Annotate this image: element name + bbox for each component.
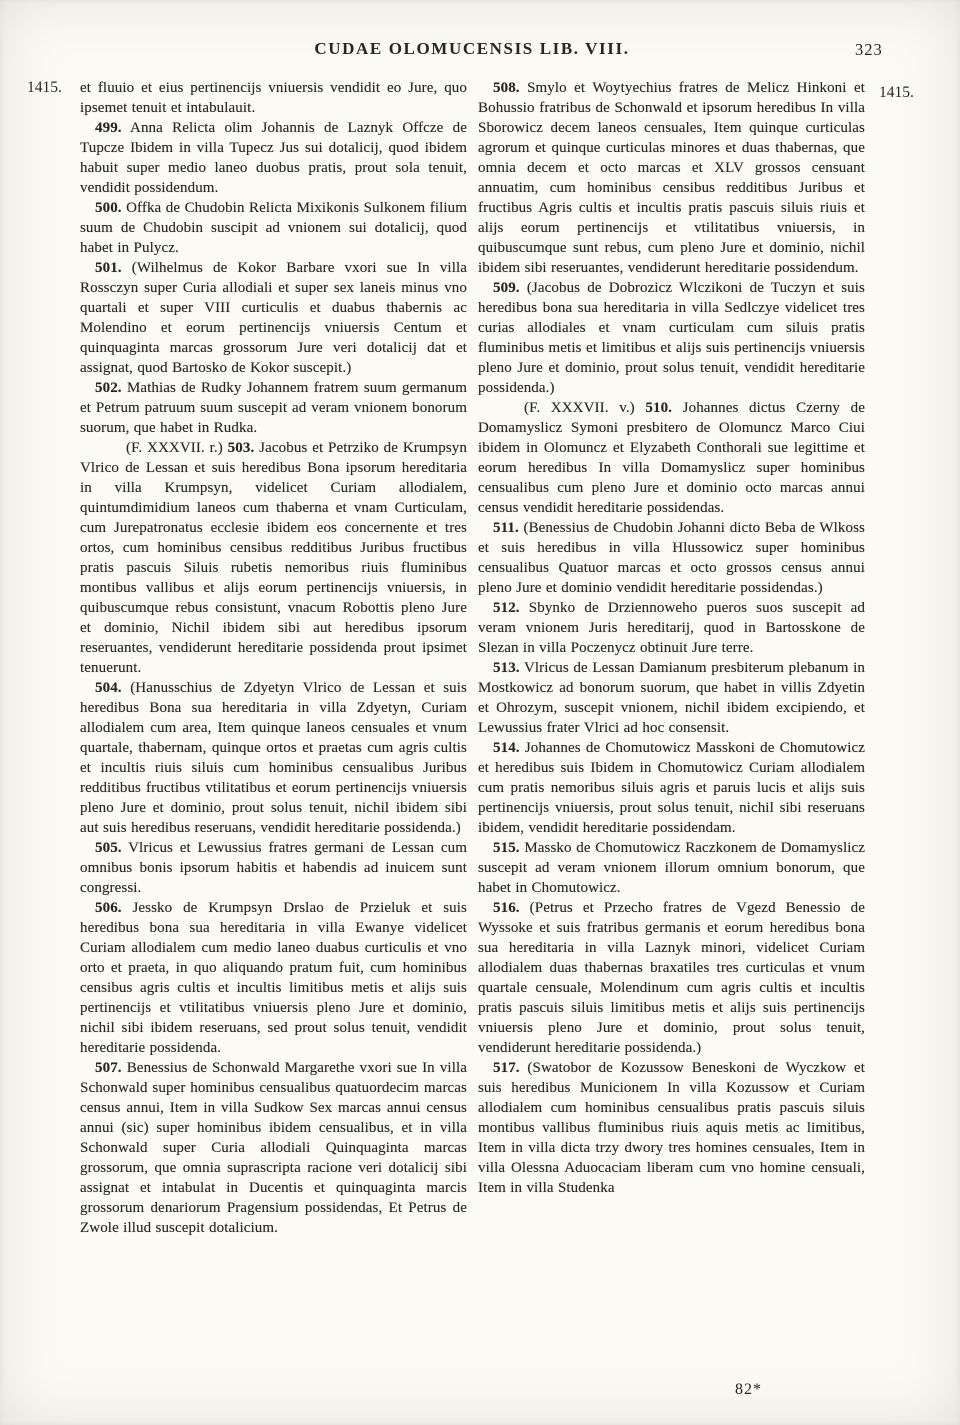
entry-text: (Hanusschius de Zdyetyn Vlrico de Lessan… (80, 680, 467, 836)
entry-text: Benessius de Schonwald Margarethe vxori … (80, 1060, 467, 1236)
entry-number: 499. (95, 120, 122, 136)
running-header-title: CUDAE OLOMUCENSIS LIB. VIII. (80, 39, 864, 59)
entry-text: Jessko de Krumpsyn Drslao de Przieluk et… (80, 900, 467, 1056)
entry-text: Anna Relicta olim Johannis de Laznyk Off… (80, 120, 467, 196)
entry-paragraph: 504. (Hanusschius de Zdyetyn Vlrico de L… (80, 678, 467, 838)
entry-number: 510. (645, 400, 672, 416)
entry-text: Vlricus et Lewussius fratres germani de … (80, 840, 467, 896)
entry-text: Sbynko de Drziennoweho pueros suos susce… (478, 600, 865, 656)
entry-text: (Swatobor de Kozussow Beneskoni de Wyczk… (478, 1060, 865, 1196)
entry-paragraph: 509. (Jacobus de Dobrozicz Wlczikoni de … (478, 278, 865, 398)
entry-number: 500. (95, 200, 122, 216)
entry-number: 515. (493, 840, 520, 856)
entry-number: 503. (228, 440, 255, 456)
entry-text: Johannes de Chomutowicz Masskoni de Chom… (478, 740, 865, 836)
folio-reference: (F. XXXVII. v.) (524, 400, 645, 416)
page-number: 323 (855, 40, 883, 60)
entry-paragraph: 511. (Benessius de Chudobin Johanni dict… (478, 518, 865, 598)
entry-paragraph: 506. Jessko de Krumpsyn Drslao de Prziel… (80, 898, 467, 1058)
entry-paragraph: 499. Anna Relicta olim Johannis de Lazny… (80, 118, 467, 198)
entry-number: 507. (95, 1060, 122, 1076)
entry-number: 505. (95, 840, 122, 856)
signature-mark: 82* (735, 1381, 762, 1399)
scanned-page: CUDAE OLOMUCENSIS LIB. VIII. 323 1415. 1… (0, 0, 960, 1425)
folio-reference: (F. XXXVII. r.) (126, 440, 228, 456)
entry-paragraph: 514. Johannes de Chomutowicz Masskoni de… (478, 738, 865, 838)
entry-paragraph: (F. XXXVII. r.) 503. Jacobus et Petrziko… (80, 438, 467, 678)
entry-number: 517. (493, 1060, 520, 1076)
margin-year-right: 1415. (879, 84, 914, 102)
entry-paragraph: 516. (Petrus et Przecho fratres de Vgezd… (478, 898, 865, 1058)
entry-number: 516. (493, 900, 520, 916)
entry-number: 506. (95, 900, 122, 916)
entry-number: 511. (493, 520, 519, 536)
entry-number: 512. (493, 600, 520, 616)
entry-number: 509. (493, 280, 520, 296)
entry-paragraph: 513. Vlricus de Lessan Damianum presbite… (478, 658, 865, 738)
entry-number: 501. (95, 260, 122, 276)
entry-text: Vlricus de Lessan Damianum presbiterum p… (478, 660, 865, 736)
entry-number: 502. (95, 380, 122, 396)
entry-text: et fluuio et eius pertinencijs vniuersis… (80, 80, 467, 116)
entry-text: (Benessius de Chudobin Johanni dicto Beb… (478, 520, 865, 596)
entry-paragraph: 512. Sbynko de Drziennoweho pueros suos … (478, 598, 865, 658)
entry-text: Mathias de Rudky Johannem fratrem suum g… (80, 380, 467, 436)
entry-paragraph: (F. XXXVII. v.) 510. Johannes dictus Cze… (478, 398, 865, 518)
margin-year-left: 1415. (27, 79, 62, 97)
entry-text: Massko de Chomutowicz Raczkonem de Domam… (478, 840, 865, 896)
entry-text: Jacobus et Petrziko de Krumpsyn Vlrico d… (80, 440, 467, 676)
entry-number: 514. (493, 740, 520, 756)
entry-paragraph: 508. Smylo et Woytyechius fratres de Mel… (478, 78, 865, 278)
entry-number: 504. (95, 680, 122, 696)
entry-text: (Petrus et Przecho fratres de Vgezd Bene… (478, 900, 865, 1056)
text-column-right: 508. Smylo et Woytyechius fratres de Mel… (478, 78, 865, 1198)
entry-text: Johannes dictus Czerny de Domamyslicz Sy… (478, 400, 865, 516)
entry-text: Offka de Chudobin Relicta Mixikonis Sulk… (80, 200, 467, 256)
entry-text: (Wilhelmus de Kokor Barbare vxori sue In… (80, 260, 467, 376)
continuation-paragraph: et fluuio et eius pertinencijs vniuersis… (80, 78, 467, 118)
entry-text: (Jacobus de Dobrozicz Wlczikoni de Tuczy… (478, 280, 865, 396)
entry-paragraph: 502. Mathias de Rudky Johannem fratrem s… (80, 378, 467, 438)
entry-text: Smylo et Woytyechius fratres de Melicz H… (478, 80, 865, 276)
entry-paragraph: 515. Massko de Chomutowicz Raczkonem de … (478, 838, 865, 898)
entry-paragraph: 501. (Wilhelmus de Kokor Barbare vxori s… (80, 258, 467, 378)
entry-number: 513. (493, 660, 520, 676)
entry-number: 508. (493, 80, 520, 96)
entry-paragraph: 505. Vlricus et Lewussius fratres german… (80, 838, 467, 898)
entry-paragraph: 500. Offka de Chudobin Relicta Mixikonis… (80, 198, 467, 258)
entry-paragraph: 507. Benessius de Schonwald Margarethe v… (80, 1058, 467, 1238)
entry-paragraph: 517. (Swatobor de Kozussow Beneskoni de … (478, 1058, 865, 1198)
text-column-left: et fluuio et eius pertinencijs vniuersis… (80, 78, 467, 1238)
